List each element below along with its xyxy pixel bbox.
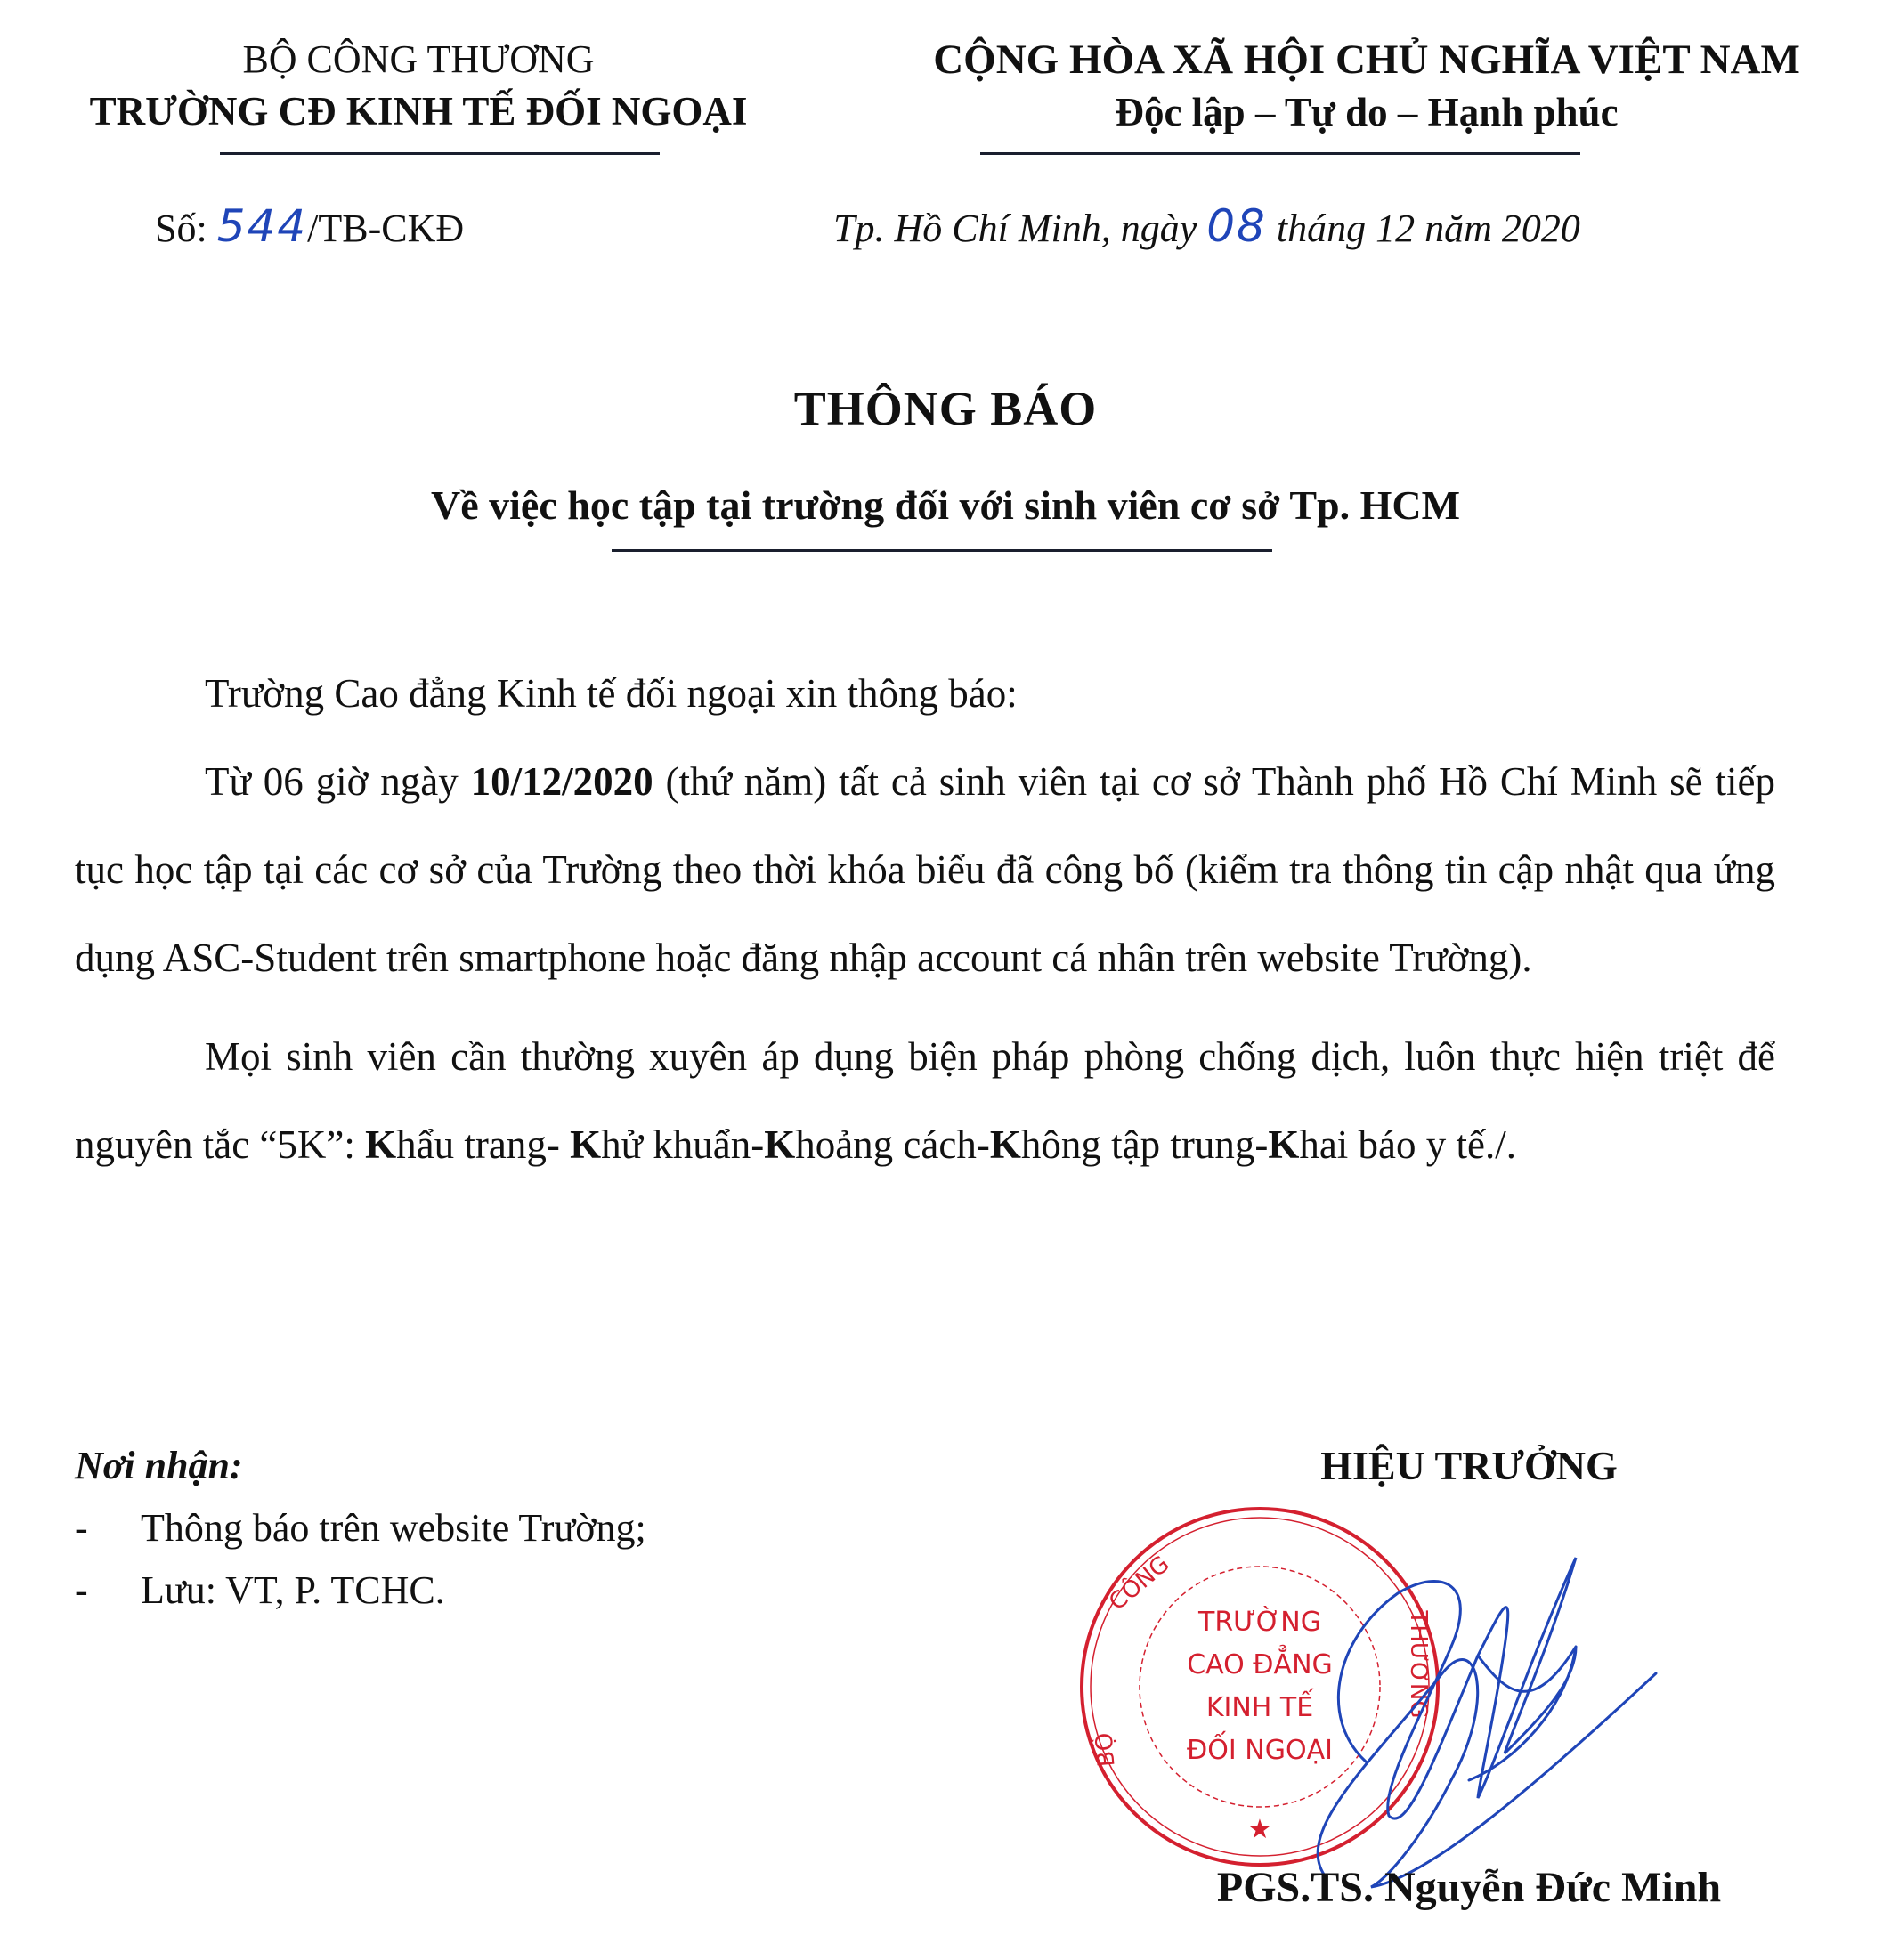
national-motto: Độc lập – Tự do – Hạnh phúc [864,85,1870,139]
document-body: Trường Cao đẳng Kinh tế đối ngoại xin th… [75,650,1775,1189]
date-line: Tp. Hồ Chí Minh, ngày 08 tháng 12 năm 20… [833,198,1580,257]
document-number-suffix: /TB-CKĐ [307,207,464,250]
school-name: TRƯỜNG CĐ KINH TẾ ĐỐI NGOẠI [18,85,819,137]
issuer-header: BỘ CÔNG THƯƠNG TRƯỜNG CĐ KINH TẾ ĐỐI NGO… [18,34,819,137]
document-subtitle: Về việc học tập tại trường đối với sinh … [0,477,1891,534]
stamp-outer-left: BỘ [1089,1731,1120,1768]
issuer-underline [220,152,660,155]
recipients-label: Nơi nhận: [75,1435,876,1497]
five-k-item: hoảng cách- [795,1122,990,1167]
five-k-letter: K [365,1122,396,1167]
main-part1: Từ 06 giờ ngày [205,759,471,804]
list-dash: - [75,1559,141,1622]
intro-paragraph: Trường Cao đẳng Kinh tế đối ngoại xin th… [75,650,1775,738]
five-k-item: hai báo y tế./. [1299,1122,1516,1167]
recipient-text: Thông báo trên website Trường; [141,1497,646,1559]
recipients-block: Nơi nhận: - Thông báo trên website Trườn… [75,1435,876,1622]
five-k-letter: K [990,1122,1021,1167]
document-number-prefix: Số: [155,207,217,250]
subtitle-underline [612,549,1272,552]
five-k-item: hẩu trang- [396,1122,570,1167]
five-k-paragraph: Mọi sinh viên cần thường xuyên áp dụng b… [75,1013,1775,1189]
recipient-item: - Thông báo trên website Trường; [75,1497,876,1559]
five-k-letter: K [1268,1122,1299,1167]
five-k-letter: K [764,1122,795,1167]
five-k-item: hông tập trung- [1021,1122,1268,1167]
document-number: Số: 544/TB-CKĐ [155,198,464,257]
ministry-name: BỘ CÔNG THƯƠNG [18,34,819,85]
recipient-text: Lưu: VT, P. TCHC. [141,1559,445,1622]
resume-date: 10/12/2020 [471,759,653,804]
recipient-item: - Lưu: VT, P. TCHC. [75,1559,876,1622]
motto-underline [980,152,1580,155]
main-paragraph: Từ 06 giờ ngày 10/12/2020 (thứ năm) tất … [75,738,1775,1002]
document-number-handwritten: 544 [217,200,307,252]
signer-name: PGS.TS. Nguyễn Đức Minh [1157,1857,1781,1919]
national-header: CỘNG HÒA XÃ HỘI CHỦ NGHĨA VIỆT NAM Độc l… [864,34,1870,139]
date-prefix: Tp. Hồ Chí Minh, ngày [833,207,1206,250]
list-dash: - [75,1497,141,1559]
five-k-letter: K [570,1122,601,1167]
document-title: THÔNG BÁO [0,377,1891,440]
nation-name: CỘNG HÒA XÃ HỘI CHỦ NGHĨA VIỆT NAM [864,34,1870,85]
date-day-handwritten: 08 [1206,200,1267,252]
date-suffix: tháng 12 năm 2020 [1267,207,1580,250]
five-k-item: hử khuẩn- [601,1122,764,1167]
handwritten-signature-icon [1211,1495,1709,1905]
